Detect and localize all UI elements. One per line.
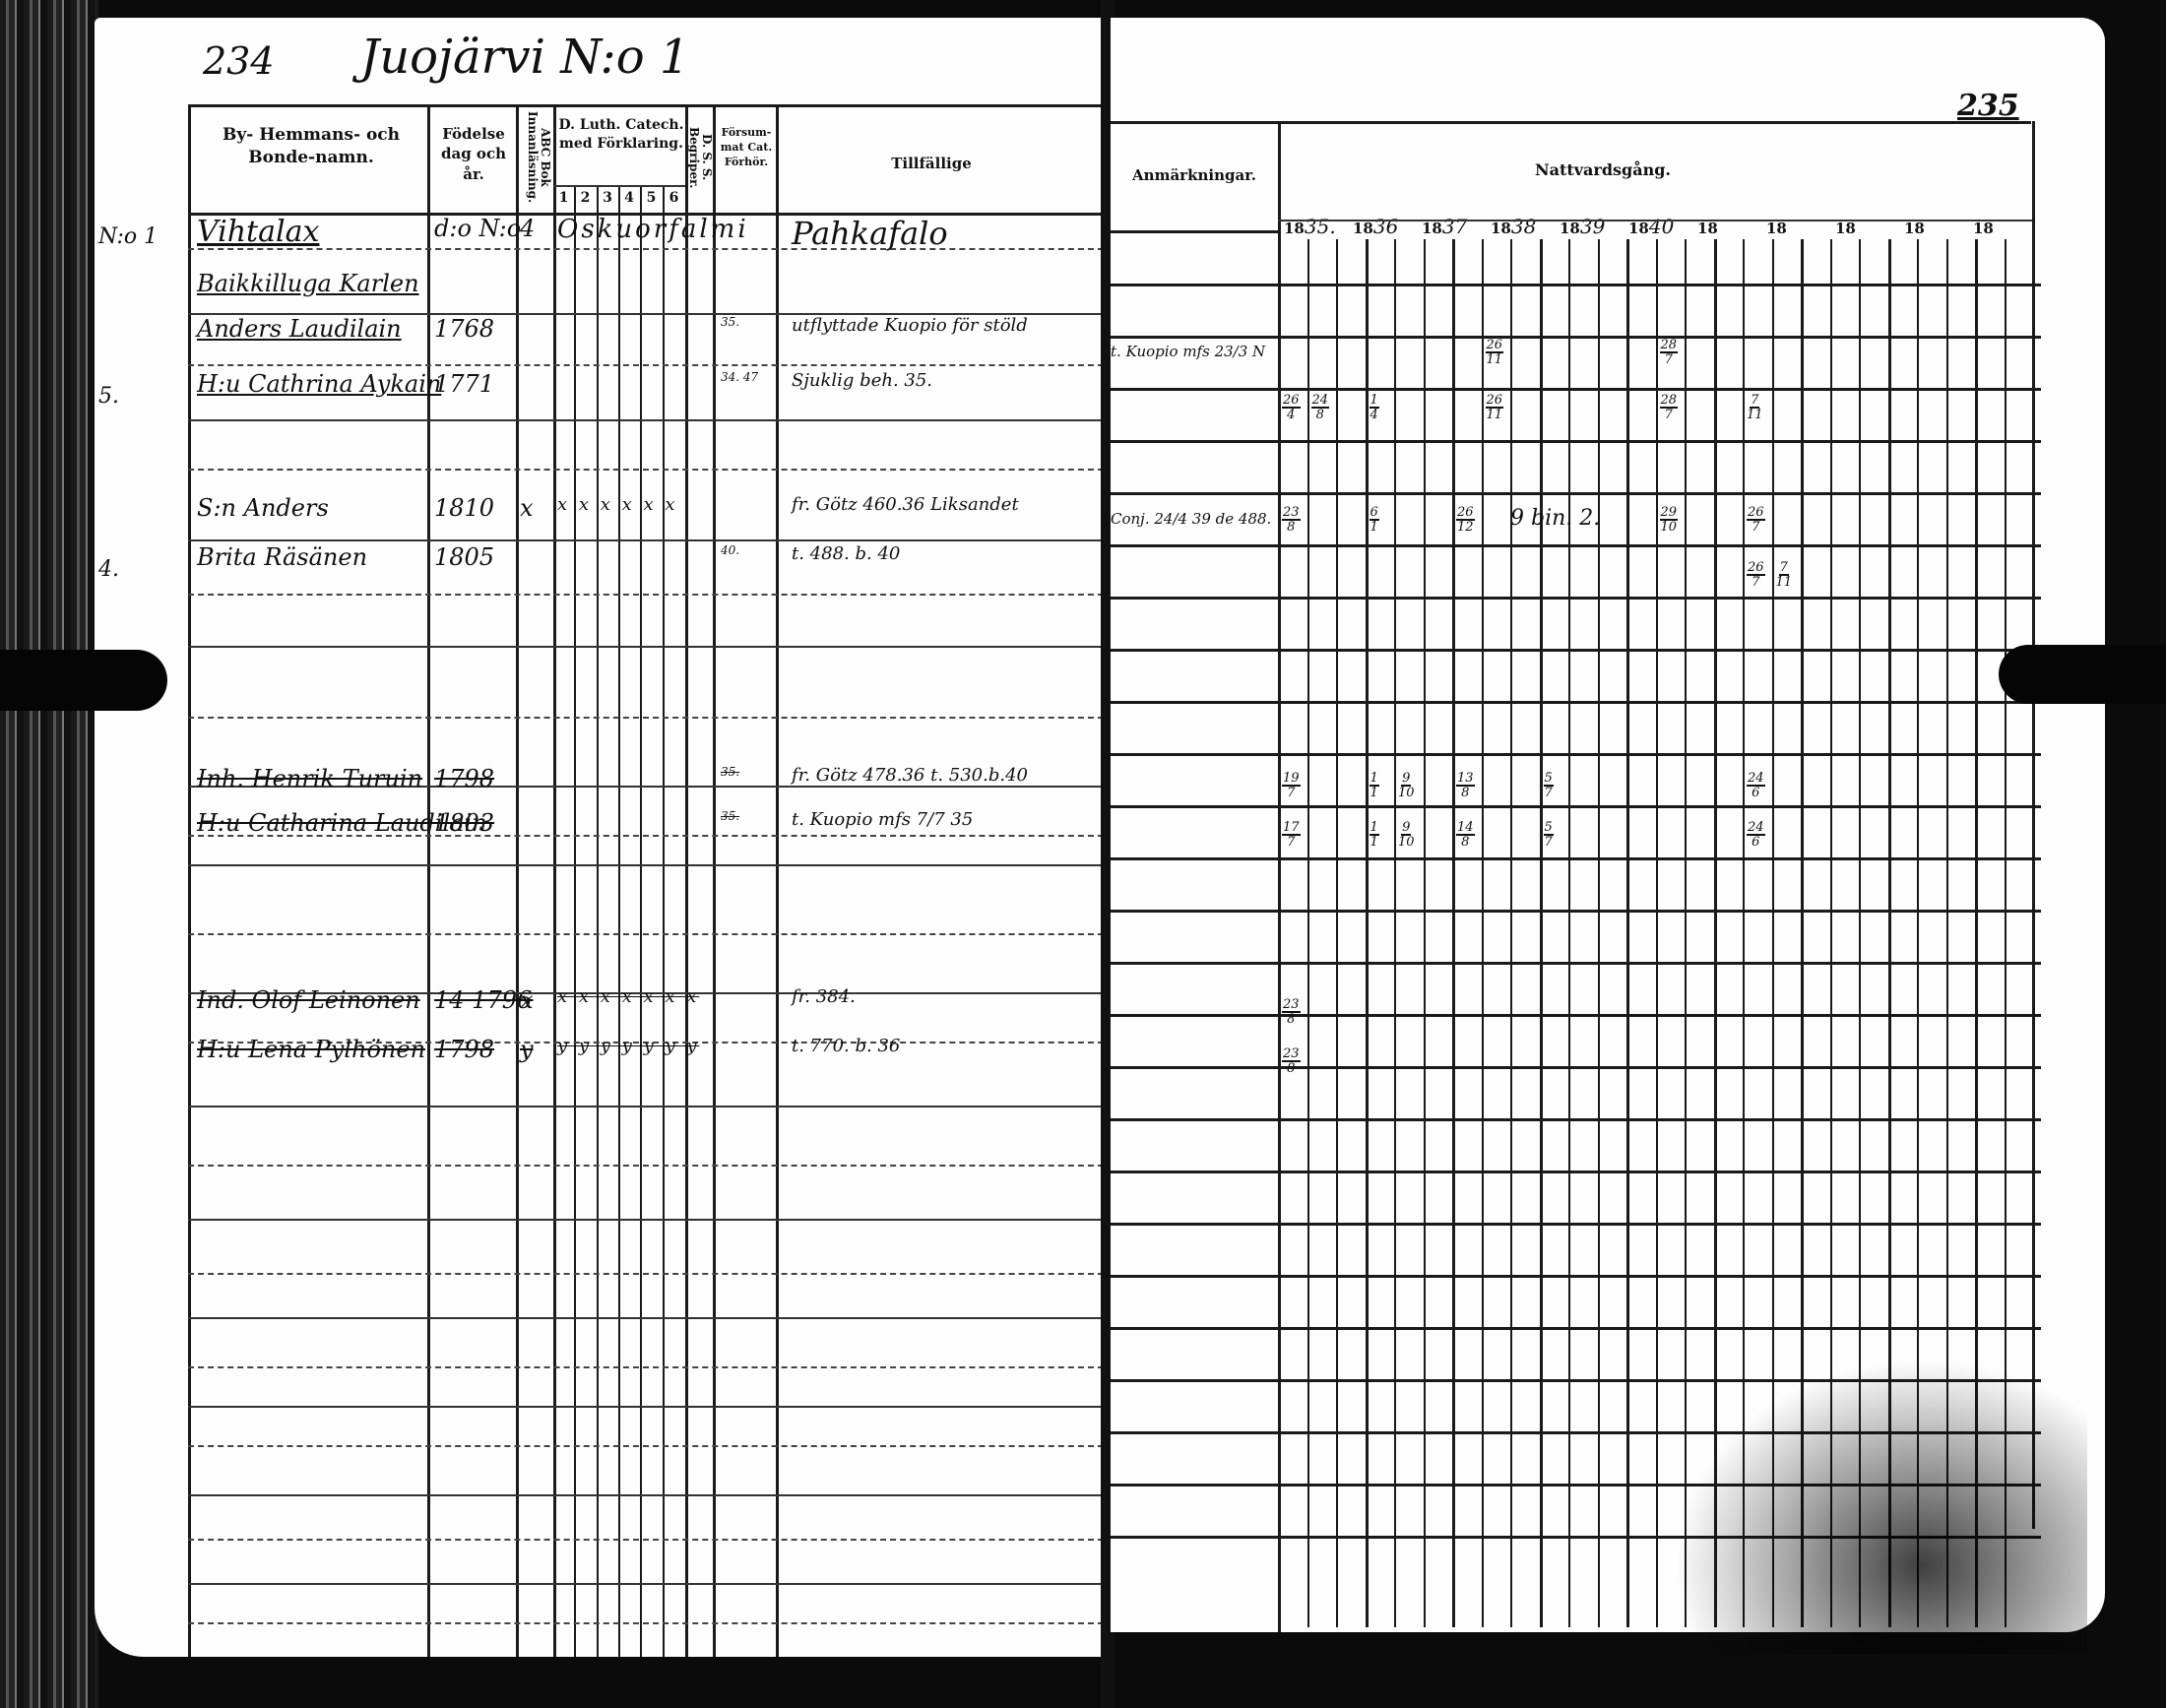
year-handwritten: 40 <box>1649 215 1674 238</box>
communion-right-rule <box>2032 121 2035 1529</box>
entry-birth-year: 1798 <box>434 1036 494 1063</box>
entry-forsummat: 34. 47 <box>721 370 758 384</box>
header-remarks-col: Anmärkningar. <box>1120 165 1268 185</box>
year-header: 1840 <box>1628 215 1674 238</box>
communion-date-mark: 138 <box>1456 772 1475 799</box>
row-rule <box>188 646 1104 648</box>
row-rule <box>188 1494 1104 1496</box>
month: 10 <box>1661 521 1678 534</box>
communion-row-rule <box>1111 857 2041 860</box>
month: 7 <box>1752 521 1759 534</box>
day: 5 <box>1544 821 1554 836</box>
row-rule <box>188 1165 1104 1167</box>
row-rule <box>188 469 1104 471</box>
year-prefix: 18 <box>1697 220 1718 237</box>
entry-catech-marks: x x x x x x <box>557 494 678 515</box>
year-prefix: 18 <box>1835 220 1856 237</box>
month: 11 <box>1487 409 1503 421</box>
year-header: 18 <box>1973 215 1994 238</box>
catech-subcol-2: 2 <box>574 189 597 208</box>
month: 7 <box>1545 787 1553 799</box>
row-rule <box>188 1539 1104 1541</box>
month: 7 <box>1545 836 1553 849</box>
entry-birth-year: 1768 <box>434 315 494 343</box>
communion-col-rule <box>1540 239 1543 1627</box>
entry-birth-year: 1771 <box>434 370 494 398</box>
month: 8 <box>1287 1013 1295 1026</box>
year-prefix: 18 <box>1973 220 1994 237</box>
communion-date-mark: 267 <box>1747 506 1765 534</box>
column-rule-catech-col-right <box>685 104 688 1657</box>
entry-tillfallige: utflyttade Kuopio för stöld <box>792 315 1028 336</box>
entry-name: Vihtalax <box>197 215 319 249</box>
header-dss-col: D. S. S. Begriper. <box>685 108 713 207</box>
communion-col-rule <box>1336 239 1338 1627</box>
communion-date-mark: 177 <box>1282 821 1301 849</box>
row-rule <box>188 1366 1104 1368</box>
communion-date-mark: 2612 <box>1456 506 1475 534</box>
catech-subcol-3: 3 <box>597 189 618 208</box>
entry-forsummat: 35. <box>721 809 739 823</box>
day: 29 <box>1660 506 1679 521</box>
communion-row-rule <box>1111 962 2041 965</box>
communion-row-rule <box>1111 753 2041 756</box>
communion-date-mark: 2611 <box>1486 394 1504 421</box>
year-header: 18 <box>1697 215 1718 238</box>
year-prefix: 18 <box>1560 220 1580 237</box>
column-rule-dss-col-right <box>713 104 716 1657</box>
communion-date-mark: 910 <box>1398 772 1415 799</box>
left-page-number: 234 <box>203 39 275 83</box>
catech-subcol-4: 4 <box>618 189 640 208</box>
communion-row-rule <box>1111 1327 2041 1330</box>
month: 10 <box>1398 787 1415 799</box>
year-header: 1838 <box>1491 215 1536 238</box>
communion-col-rule <box>1424 239 1426 1627</box>
day: 6 <box>1370 506 1379 521</box>
year-prefix: 18 <box>1491 220 1511 237</box>
entry-forsummat: 40. <box>721 543 739 557</box>
entry-catech-marks: x x x x x x x <box>557 986 699 1007</box>
column-rule-abc-col-right <box>553 104 556 1657</box>
row-rule <box>188 1445 1104 1447</box>
entry-name: H:u Lena Pylhönen <box>197 1036 425 1063</box>
day: 5 <box>1544 772 1554 787</box>
month: 10 <box>1398 836 1415 849</box>
communion-col-rule <box>1452 239 1455 1627</box>
communion-date-mark: 910 <box>1398 821 1415 849</box>
row-rule <box>188 933 1104 935</box>
month: 1 <box>1370 787 1378 799</box>
day: 17 <box>1282 821 1301 836</box>
day: 1 <box>1370 772 1379 787</box>
communion-date-mark: 238 <box>1282 998 1301 1026</box>
communion-date-mark: 61 <box>1370 506 1379 534</box>
day: 24 <box>1747 772 1765 787</box>
header-birth-col: Födelse dag och år. <box>434 124 513 184</box>
remark-text: Conj. 24/4 39 de 488. <box>1111 510 1271 528</box>
bookmark-tab-left <box>0 650 167 711</box>
year-handwritten: 36 <box>1373 215 1398 238</box>
day: 23 <box>1282 998 1301 1013</box>
communion-col-rule <box>1598 239 1600 1627</box>
row-rule <box>188 594 1104 596</box>
communion-col-rule <box>1568 239 1570 1627</box>
catech-subcol-rule <box>640 187 642 1657</box>
header-tillfallige-col: Tillfällige <box>784 154 1079 173</box>
year-prefix: 18 <box>1284 220 1305 237</box>
entry-tillfallige: fr. Götz 478.36 t. 530.b.40 <box>792 765 1028 786</box>
day: 19 <box>1282 772 1301 787</box>
entry-name: Ind. Olof Leinonen <box>197 986 420 1014</box>
entry-birth-year: d:o N:o <box>434 215 521 242</box>
header-catech-col: D. Luth. Catech. med Förklaring. <box>557 116 685 154</box>
entry-forsummat: 35. <box>721 765 739 779</box>
column-rule-birth-col-right <box>516 104 519 1657</box>
day: 26 <box>1747 561 1765 576</box>
year-header: 18 <box>1904 215 1925 238</box>
month: 8 <box>1287 1062 1295 1075</box>
year-header: 18 <box>1835 215 1856 238</box>
communion-row-rule <box>1111 1066 2041 1069</box>
communion-row-rule <box>1111 1014 2041 1017</box>
communion-date-mark: 287 <box>1660 339 1679 366</box>
year-handwritten: 39 <box>1580 215 1605 238</box>
margin-mark: 4. <box>98 557 119 582</box>
year-prefix: 18 <box>1628 220 1649 237</box>
left-page-title: Juojärvi N:o 1 <box>360 30 689 85</box>
book-edge-left <box>0 0 98 1708</box>
day: 1 <box>1370 821 1379 836</box>
catech-subcol-rule <box>574 187 576 1657</box>
month: 7 <box>1752 576 1759 589</box>
remarks-bottom-rule <box>1111 230 1278 233</box>
communion-row-rule <box>1111 544 2041 547</box>
margin-mark: N:o 1 <box>98 224 158 249</box>
bookmark-tab-right <box>1999 645 2166 704</box>
communion-date-mark: 2910 <box>1660 506 1679 534</box>
month: 6 <box>1752 787 1759 799</box>
day: 23 <box>1282 1047 1301 1062</box>
communion-col-rule <box>1307 239 1309 1627</box>
year-handwritten: 37 <box>1442 215 1467 238</box>
day: 28 <box>1660 394 1679 409</box>
catech-subcol-6: 6 <box>663 189 685 208</box>
year-prefix: 18 <box>1353 220 1373 237</box>
day: 26 <box>1486 339 1504 353</box>
entry-name: Anders Laudilain <box>197 315 402 343</box>
day: 9 <box>1401 772 1411 787</box>
communion-date-mark: 57 <box>1544 821 1554 849</box>
row-rule <box>188 1406 1104 1408</box>
communion-date-mark: 287 <box>1660 394 1679 421</box>
month: 1 <box>1370 521 1378 534</box>
day: 26 <box>1282 394 1301 409</box>
month: 8 <box>1316 409 1324 421</box>
year-top-rule <box>1278 220 2032 221</box>
communion-date-mark: 711 <box>1776 561 1793 589</box>
row-rule <box>188 419 1104 421</box>
year-handwritten: 35. <box>1305 215 1336 238</box>
entry-abc-mark: x <box>520 494 534 522</box>
communion-row-rule <box>1111 440 2041 443</box>
year-header: 1839 <box>1560 215 1605 238</box>
communion-col-rule <box>1482 239 1484 1627</box>
communion-date-mark: 11 <box>1370 772 1379 799</box>
catech-subcol-rule <box>663 187 665 1657</box>
day: 24 <box>1311 394 1330 409</box>
catech-sub-rule <box>553 185 685 187</box>
entry-name: Baikkilluga Karlen <box>197 270 419 297</box>
row-rule <box>188 1622 1104 1624</box>
entry-name: Inh. Henrik Turuin <box>197 765 422 792</box>
month: 7 <box>1287 787 1295 799</box>
month: 11 <box>1747 409 1763 421</box>
communion-inline-note: 9 bin. 2. <box>1510 506 1600 531</box>
row-rule <box>188 717 1104 719</box>
row-rule <box>188 864 1104 866</box>
row-rule <box>188 248 1104 250</box>
month: 4 <box>1370 409 1378 421</box>
communion-date-mark: 267 <box>1747 561 1765 589</box>
day: 26 <box>1486 394 1504 409</box>
communion-row-rule <box>1111 336 2041 339</box>
entry-birth-year: 1810 <box>434 494 494 522</box>
communion-col-rule <box>1366 239 1369 1627</box>
year-header: 1835. <box>1284 215 1336 238</box>
communion-row-rule <box>1111 1223 2041 1226</box>
scan-shadow <box>1674 1359 2087 1654</box>
left-page: 234 Juojärvi N:o 1 By- Hemmans- och Bond… <box>95 18 1105 1657</box>
year-prefix: 18 <box>1766 220 1787 237</box>
entry-tillfallige: fr. 384. <box>792 986 856 1007</box>
row-rule <box>188 539 1104 541</box>
right-page-number: 235 <box>1957 89 2019 123</box>
month: 4 <box>1287 409 1295 421</box>
year-header: 1837 <box>1422 215 1467 238</box>
column-rule-forsummat-col-right <box>776 104 779 1657</box>
day: 23 <box>1282 506 1301 521</box>
entry-name: Brita Räsänen <box>197 543 367 571</box>
year-handwritten: 38 <box>1511 215 1536 238</box>
communion-left-rule <box>1278 121 1281 1632</box>
communion-date-mark: 14 <box>1370 394 1379 421</box>
entry-name: H:u Cathrina Aykain <box>197 370 441 398</box>
row-rule <box>188 364 1104 366</box>
year-header: 18 <box>1766 215 1787 238</box>
catech-subcol-5: 5 <box>640 189 663 208</box>
month: 12 <box>1457 521 1474 534</box>
row-rule <box>188 1219 1104 1221</box>
month: 8 <box>1461 836 1469 849</box>
entry-birth-year: 1805 <box>434 543 494 571</box>
entry-tillfallige: t. 488. b. 40 <box>792 543 900 564</box>
communion-row-rule <box>1111 910 2041 913</box>
communion-row-rule <box>1111 1170 2041 1173</box>
row-rule <box>188 1106 1104 1107</box>
margin-mark: 5. <box>98 384 119 409</box>
header-top-rule <box>188 104 1104 107</box>
entry-forsummat: 35. <box>721 315 739 329</box>
year-prefix: 18 <box>1422 220 1442 237</box>
communion-date-mark: 2611 <box>1486 339 1504 366</box>
day: 1 <box>1370 394 1379 409</box>
catech-subcol-rule <box>618 187 620 1657</box>
day: 9 <box>1401 821 1411 836</box>
year-header: 1836 <box>1353 215 1398 238</box>
communion-col-rule <box>1394 239 1396 1627</box>
communion-col-rule <box>1510 239 1512 1627</box>
communion-date-mark: 248 <box>1311 394 1330 421</box>
month: 11 <box>1487 353 1503 366</box>
entry-abc-mark: x <box>520 986 534 1014</box>
communion-date-mark: 238 <box>1282 506 1301 534</box>
communion-row-rule <box>1111 1275 2041 1278</box>
entry-tillfallige: t. 770. b. 36 <box>792 1036 900 1056</box>
communion-date-mark: 11 <box>1370 821 1379 849</box>
day: 24 <box>1747 821 1765 836</box>
communion-date-mark: 238 <box>1282 1047 1301 1075</box>
communion-col-rule <box>1656 239 1658 1627</box>
row-rule <box>188 1273 1104 1275</box>
header-abc-col: ABC Bok Innanläsning. <box>516 108 551 207</box>
entry-catech-marks: y y y y y y y <box>557 1036 700 1056</box>
day: 28 <box>1660 339 1679 353</box>
communion-date-mark: 246 <box>1747 821 1765 849</box>
entry-birth-year: 1798 <box>434 765 494 792</box>
month: 7 <box>1665 409 1673 421</box>
entry-tillfallige: Sjuklig beh. 35. <box>792 370 932 391</box>
header-forsummat-col: Försum- mat Cat. Förhör. <box>717 126 776 170</box>
entry-abc-mark: y <box>520 1036 534 1063</box>
entry-birth-year: 1803 <box>434 809 494 837</box>
communion-row-rule <box>1111 597 2041 600</box>
remark-text: t. Kuopio mfs 23/3 N <box>1111 343 1265 360</box>
entry-tillfallige: Pahkafalo <box>792 215 948 252</box>
day: 26 <box>1747 506 1765 521</box>
entry-name: S:n Anders <box>197 494 329 522</box>
communion-row-rule <box>1111 701 2041 704</box>
entry-birth-year: 14 1796 <box>434 986 532 1014</box>
entry-tillfallige: t. Kuopio mfs 7/7 35 <box>792 809 973 830</box>
communion-date-mark: 711 <box>1747 394 1763 421</box>
communion-date-mark: 57 <box>1544 772 1554 799</box>
entry-tillfallige: fr. Götz 460.36 Liksandet <box>792 494 1019 515</box>
row-rule <box>188 1317 1104 1319</box>
communion-date-mark: 264 <box>1282 394 1301 421</box>
month: 7 <box>1665 353 1673 366</box>
month: 11 <box>1776 576 1793 589</box>
right-header-top-rule <box>1111 121 2031 124</box>
column-rule-name-col-right <box>427 104 430 1657</box>
day: 14 <box>1456 821 1475 836</box>
communion-date-mark: 246 <box>1747 772 1765 799</box>
communion-row-rule <box>1111 1118 2041 1121</box>
communion-row-rule <box>1111 805 2041 808</box>
entry-abc-mark: 4 <box>520 215 535 242</box>
month: 8 <box>1287 521 1295 534</box>
catech-subcol-rule <box>597 187 599 1657</box>
month: 6 <box>1752 836 1759 849</box>
catech-subcol-1: 1 <box>553 189 574 208</box>
day: 7 <box>1779 561 1789 576</box>
communion-date-mark: 197 <box>1282 772 1301 799</box>
communion-row-rule <box>1111 492 2041 495</box>
day: 26 <box>1456 506 1475 521</box>
column-rule-name-col-left <box>188 104 191 1657</box>
communion-row-rule <box>1111 649 2041 652</box>
communion-col-rule <box>1626 239 1629 1627</box>
year-prefix: 18 <box>1904 220 1925 237</box>
entry-catech-marks: Oskuorfalmi <box>557 215 749 244</box>
row-rule <box>188 1583 1104 1585</box>
communion-row-rule <box>1111 388 2041 391</box>
communion-date-mark: 148 <box>1456 821 1475 849</box>
header-name-col: By- Hemmans- och Bonde-namn. <box>203 124 419 169</box>
month: 8 <box>1461 787 1469 799</box>
month: 1 <box>1370 836 1378 849</box>
day: 13 <box>1456 772 1475 787</box>
month: 7 <box>1287 836 1295 849</box>
header-communion-col: Nattvardsgång. <box>1406 159 1800 181</box>
communion-row-rule <box>1111 284 2041 286</box>
day: 7 <box>1750 394 1759 409</box>
